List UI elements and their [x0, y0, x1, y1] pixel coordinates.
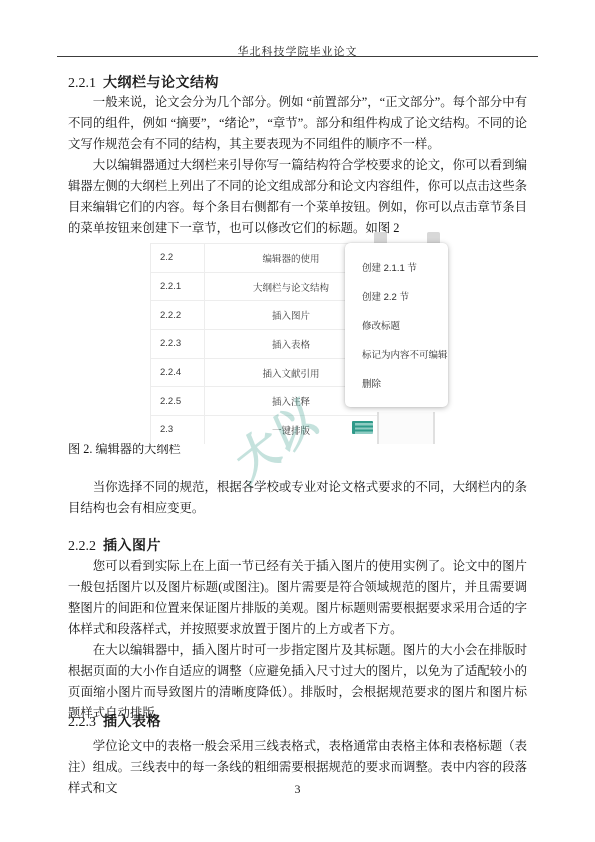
outline-row-number: 2.3 [151, 416, 205, 444]
paragraph: 一般来说，论文会分为几个部分。例如 “前置部分”，“正文部分”。每个部分中有不同… [68, 92, 527, 155]
paragraph: 您可以看到实际上在上面一节已经有关于插入图片的使用实例了。论文中的图片一般包括图… [68, 556, 527, 640]
outline-row-number: 2.2.2 [151, 301, 205, 329]
menu-item-create-section: 创建 2.2 节 [345, 281, 448, 310]
menu-item-mark-readonly: 标记为内容不可编辑 [345, 340, 448, 369]
background-tab [427, 232, 440, 243]
section-number: 2.2.2 [68, 539, 96, 554]
section-number: 2.2.3 [68, 715, 96, 730]
paragraph: 大以编辑器通过大纲栏来引导你写一篇结构符合学校要求的论文，你可以看到编辑器左侧的… [68, 155, 527, 239]
section-heading-223: 2.2.3插入表格 [68, 711, 527, 731]
menu-item-delete: 删除 [345, 369, 448, 398]
list-menu-icon [352, 421, 373, 434]
paragraph: 当你选择不同的规范，根据各学校或专业对论文格式要求的不同，大纲栏内的条目结构也会… [68, 477, 527, 519]
menu-item-rename-title: 修改标题 [345, 310, 448, 339]
outline-panel: 2.2 编辑器的使用 2.2.1 大纲栏与论文结构 2.2.2 插入图片 2.2… [150, 243, 377, 444]
outline-row-number: 2.2 [151, 244, 205, 272]
header-rule [57, 56, 538, 57]
outline-row: 2.2 编辑器的使用 [151, 243, 377, 272]
section-title: 插入图片 [103, 537, 161, 553]
page-number: 3 [0, 782, 595, 797]
outline-row-number: 2.2.4 [151, 359, 205, 387]
outline-row-number: 2.2.1 [151, 273, 205, 301]
outline-row: 2.2.2 插入图片 [151, 300, 377, 329]
section-title: 插入表格 [103, 713, 161, 729]
outline-row: 2.2.5 插入注释 [151, 386, 377, 415]
section-number: 2.2.1 [68, 76, 96, 91]
thesis-page: 华北科技学院毕业论文 2.2.1大纲栏与论文结构 一般来说，论文会分为几个部分。… [0, 0, 595, 842]
context-menu-popup: 创建 2.1.1 节 创建 2.2 节 修改标题 标记为内容不可编辑 删除 [345, 243, 448, 407]
menu-item-create-subsection: 创建 2.1.1 节 [345, 252, 448, 281]
outline-row: 2.2.1 大纲栏与论文结构 [151, 272, 377, 301]
section-heading-221: 2.2.1大纲栏与论文结构 [68, 72, 527, 92]
figure-outline-screenshot: 2.2 编辑器的使用 2.2.1 大纲栏与论文结构 2.2.2 插入图片 2.2… [0, 230, 595, 445]
section-title: 大纲栏与论文结构 [103, 74, 219, 90]
background-tab [374, 232, 387, 243]
outline-row-number: 2.2.3 [151, 330, 205, 358]
outline-row: 2.3 一键排版 [151, 415, 377, 444]
section-heading-222: 2.2.2插入图片 [68, 535, 527, 555]
outline-row-number: 2.2.5 [151, 387, 205, 415]
outline-row: 2.2.4 插入文献引用 [151, 358, 377, 387]
background-card-edge [377, 412, 435, 444]
outline-row: 2.2.3 插入表格 [151, 329, 377, 358]
